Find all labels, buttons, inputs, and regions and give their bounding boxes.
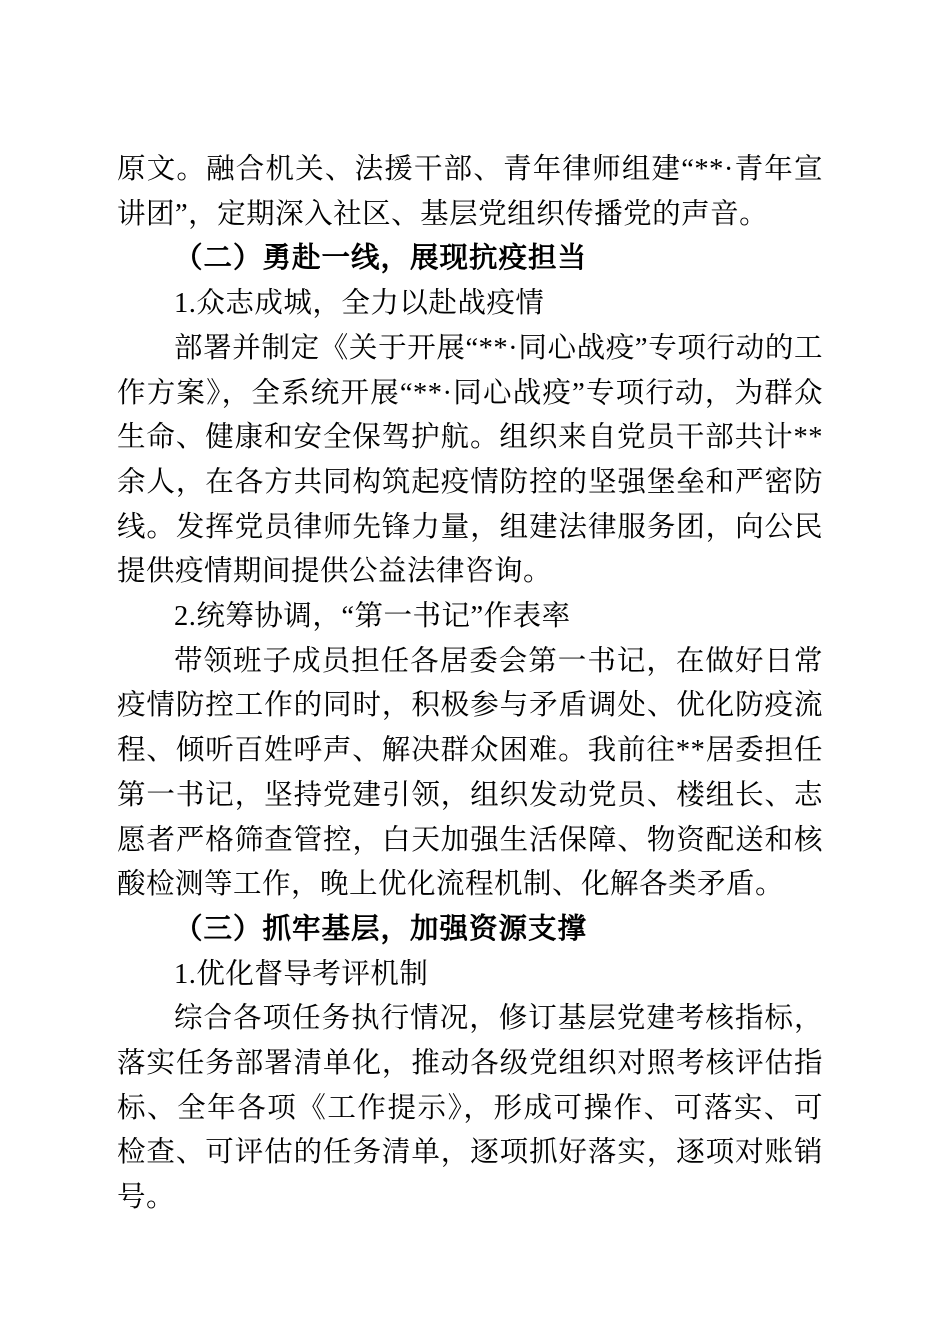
paragraph-continued: 原文。融合机关、法援干部、青年律师组建“**·青年宣讲团”，定期深入社区、基层党… <box>117 148 823 237</box>
paragraph-first-secretary: 带领班子成员担任各居委会第一书记，在做好日常疫情防控工作的同时，积极参与矛盾调处… <box>117 640 823 908</box>
subheading-2-first-secretary: 2.统筹协调，“第一书记”作表率 <box>117 595 823 640</box>
subheading-1-assessment: 1.优化督导考评机制 <box>117 953 823 998</box>
document-content: 原文。融合机关、法援干部、青年律师组建“**·青年宣讲团”，定期深入社区、基层党… <box>117 148 823 1221</box>
section-heading-3: （三）抓牢基层，加强资源支撑 <box>117 908 823 953</box>
paragraph-epidemic-action: 部署并制定《关于开展“**·同心战疫”专项行动的工作方案》，全系统开展“**·同… <box>117 327 823 595</box>
subheading-1-epidemic: 1.众志成城，全力以赴战疫情 <box>117 282 823 327</box>
section-heading-2: （二）勇赴一线，展现抗疫担当 <box>117 237 823 282</box>
paragraph-assessment: 综合各项任务执行情况，修订基层党建考核指标，落实任务部署清单化，推动各级党组织对… <box>117 997 823 1221</box>
document-page: 原文。融合机关、法援干部、青年律师组建“**·青年宣讲团”，定期深入社区、基层党… <box>0 0 950 1344</box>
